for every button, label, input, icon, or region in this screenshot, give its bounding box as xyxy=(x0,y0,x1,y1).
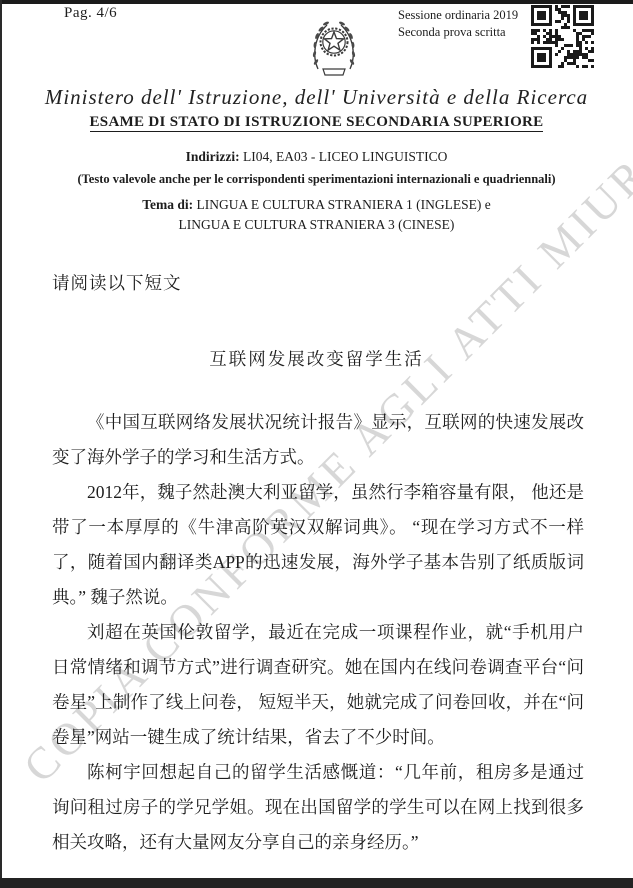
testo-note: (Testo valevole anche per le corrisponde… xyxy=(0,172,633,187)
session-line1: Sessione ordinaria 2019 xyxy=(398,7,518,24)
exam-title: ESAME DI STATO DI ISTRUZIONE SECONDARIA … xyxy=(0,114,633,131)
tema-line1: Tema di: LINGUA E CULTURA STRANIERA 1 (I… xyxy=(0,197,633,213)
exam-title-text: ESAME DI STATO DI ISTRUZIONE SECONDARIA … xyxy=(90,114,544,132)
reading-instruction: 请阅读以下短文 xyxy=(52,270,182,295)
article-paragraph: 《中国互联网络发展状况统计报告》显示，互联网的快速发展改变了海外学子的学习和生活… xyxy=(52,405,584,475)
article-title: 互联网发展改变留学生活 xyxy=(0,346,633,371)
ministry-title: Ministero dell' Istruzione, dell' Univer… xyxy=(0,85,633,110)
article-paragraph: 2012年，魏子然赴澳大利亚留学，虽然行李箱容量有限， 他还是带了一本厚厚的《牛… xyxy=(52,475,584,615)
indirizzi-line: Indirizzi: LI04, EA03 - LICEO LINGUISTIC… xyxy=(0,149,633,165)
article-body: 《中国互联网络发展状况统计报告》显示，互联网的快速发展改变了海外学子的学习和生活… xyxy=(52,405,584,860)
article-paragraph: 陈柯宇回想起自己的留学生活感慨道：“几年前，租房多是通过询问租过房子的学兄学姐。… xyxy=(52,755,584,860)
tema-value-line1: LINGUA E CULTURA STRANIERA 1 (INGLESE) e xyxy=(193,197,491,212)
qr-code xyxy=(531,5,594,68)
tema-label: Tema di: xyxy=(142,197,193,212)
tema-line2: LINGUA E CULTURA STRANIERA 3 (CINESE) xyxy=(0,217,633,233)
indirizzi-label: Indirizzi: xyxy=(186,149,240,164)
session-info: Sessione ordinaria 2019 Seconda prova sc… xyxy=(398,7,518,41)
session-line2: Seconda prova scritta xyxy=(398,24,518,41)
emblem-of-italy-icon xyxy=(308,12,360,78)
page-number: Pag. 4/6 xyxy=(64,5,117,22)
article-paragraph: 刘超在英国伦敦留学，最近在完成一项课程作业，就“手机用户日常情绪和调节方式”进行… xyxy=(52,615,584,755)
scan-edge-left xyxy=(0,0,2,888)
scan-edge-bottom xyxy=(0,878,633,888)
document-page: COPIA CONFORME AGLI ATTI MIUR Pag. 4/6 xyxy=(0,0,633,888)
indirizzi-value: LI04, EA03 - LICEO LINGUISTICO xyxy=(240,149,448,164)
scan-edge-top xyxy=(0,0,633,4)
